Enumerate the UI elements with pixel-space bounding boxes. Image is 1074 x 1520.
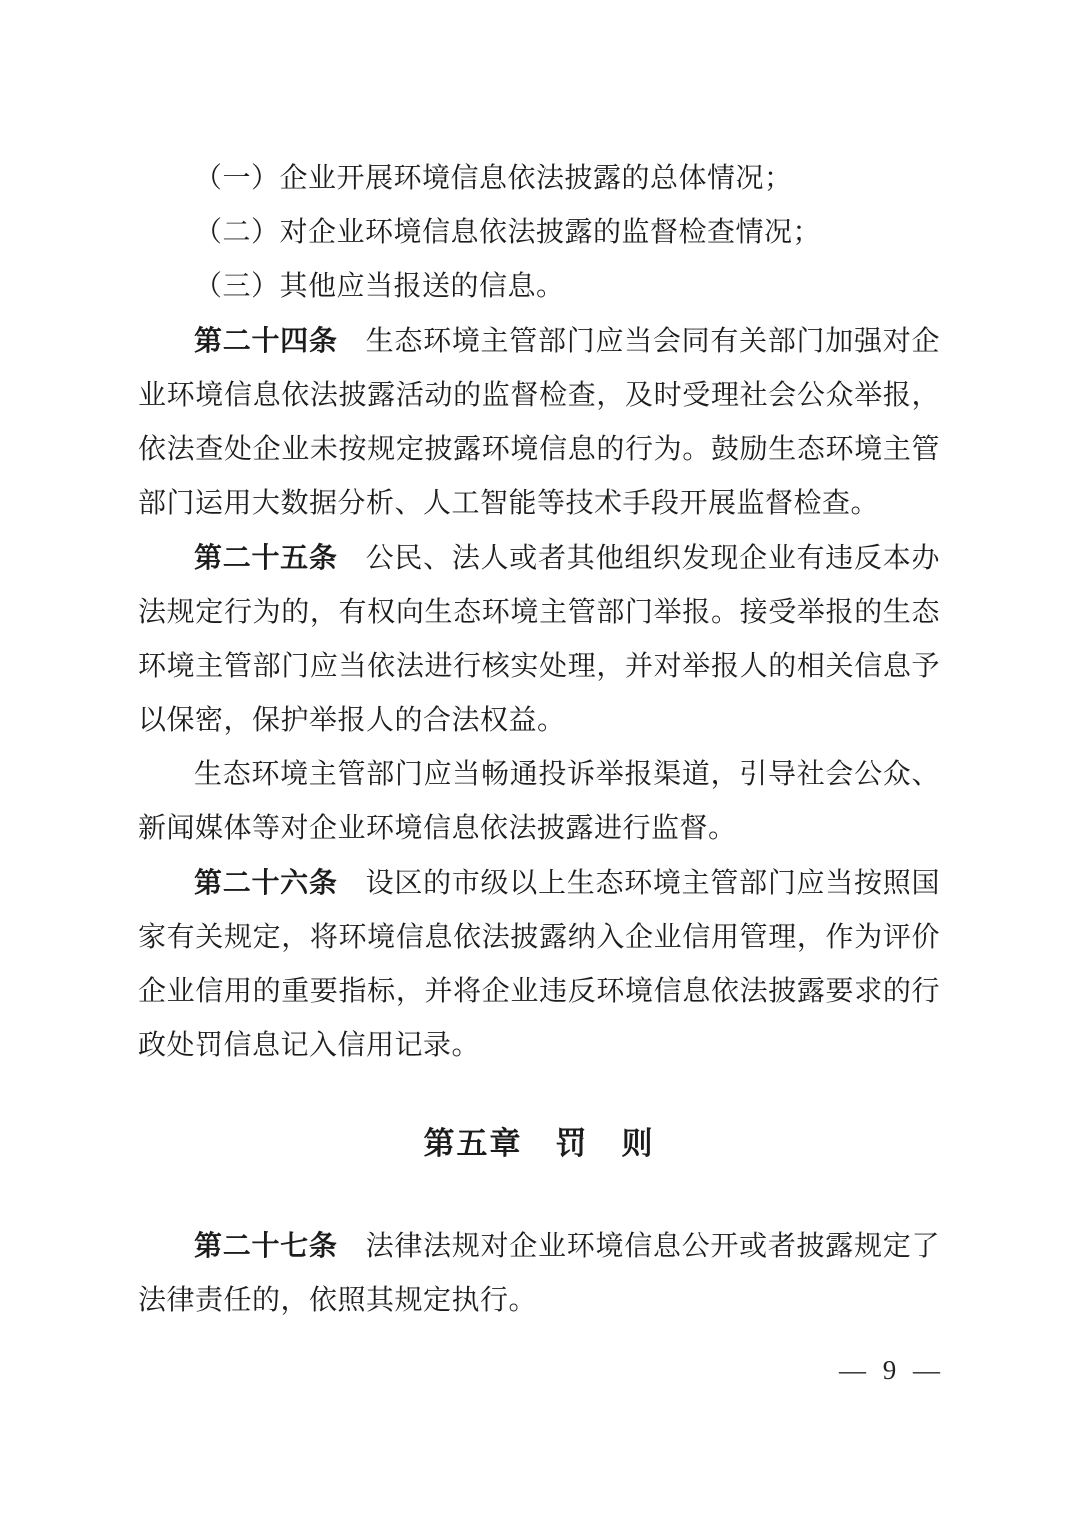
article-27-number: 第二十七条 <box>194 1230 338 1261</box>
document-content: （一）企业开展环境信息依法披露的总体情况； （二）对企业环境信息依法披露的监督检… <box>138 152 940 1390</box>
article-25-number: 第二十五条 <box>194 542 338 573</box>
article-25-paragraph: 第二十五条公民、法人或者其他组织发现企业有违反本办法规定行为的，有权向生态环境主… <box>138 531 940 748</box>
article-24-paragraph: 第二十四条生态环境主管部门应当会同有关部门加强对企业环境信息依法披露活动的监督检… <box>138 314 940 531</box>
article-26-paragraph: 第二十六条设区的市级以上生态环境主管部门应当按照国家有关规定，将环境信息依法披露… <box>138 856 940 1073</box>
supplementary-paragraph: 生态环境主管部门应当畅通投诉举报渠道，引导社会公众、新闻媒体等对企业环境信息依法… <box>138 748 940 856</box>
article-24-number: 第二十四条 <box>194 325 338 356</box>
page-number: — 9 — <box>138 1350 940 1390</box>
chapter-heading: 第五章 罚 则 <box>138 1117 940 1171</box>
article-26-number: 第二十六条 <box>194 867 338 898</box>
document-page: （一）企业开展环境信息依法披露的总体情况； （二）对企业环境信息依法披露的监督检… <box>0 0 1074 1520</box>
article-27-paragraph: 第二十七条法律法规对企业环境信息公开或者披露规定了法律责任的，依照其规定执行。 <box>138 1219 940 1328</box>
list-item-3: （三）其他应当报送的信息。 <box>138 260 940 314</box>
list-item-1: （一）企业开展环境信息依法披露的总体情况； <box>138 152 940 206</box>
list-item-2: （二）对企业环境信息依法披露的监督检查情况； <box>138 206 940 260</box>
